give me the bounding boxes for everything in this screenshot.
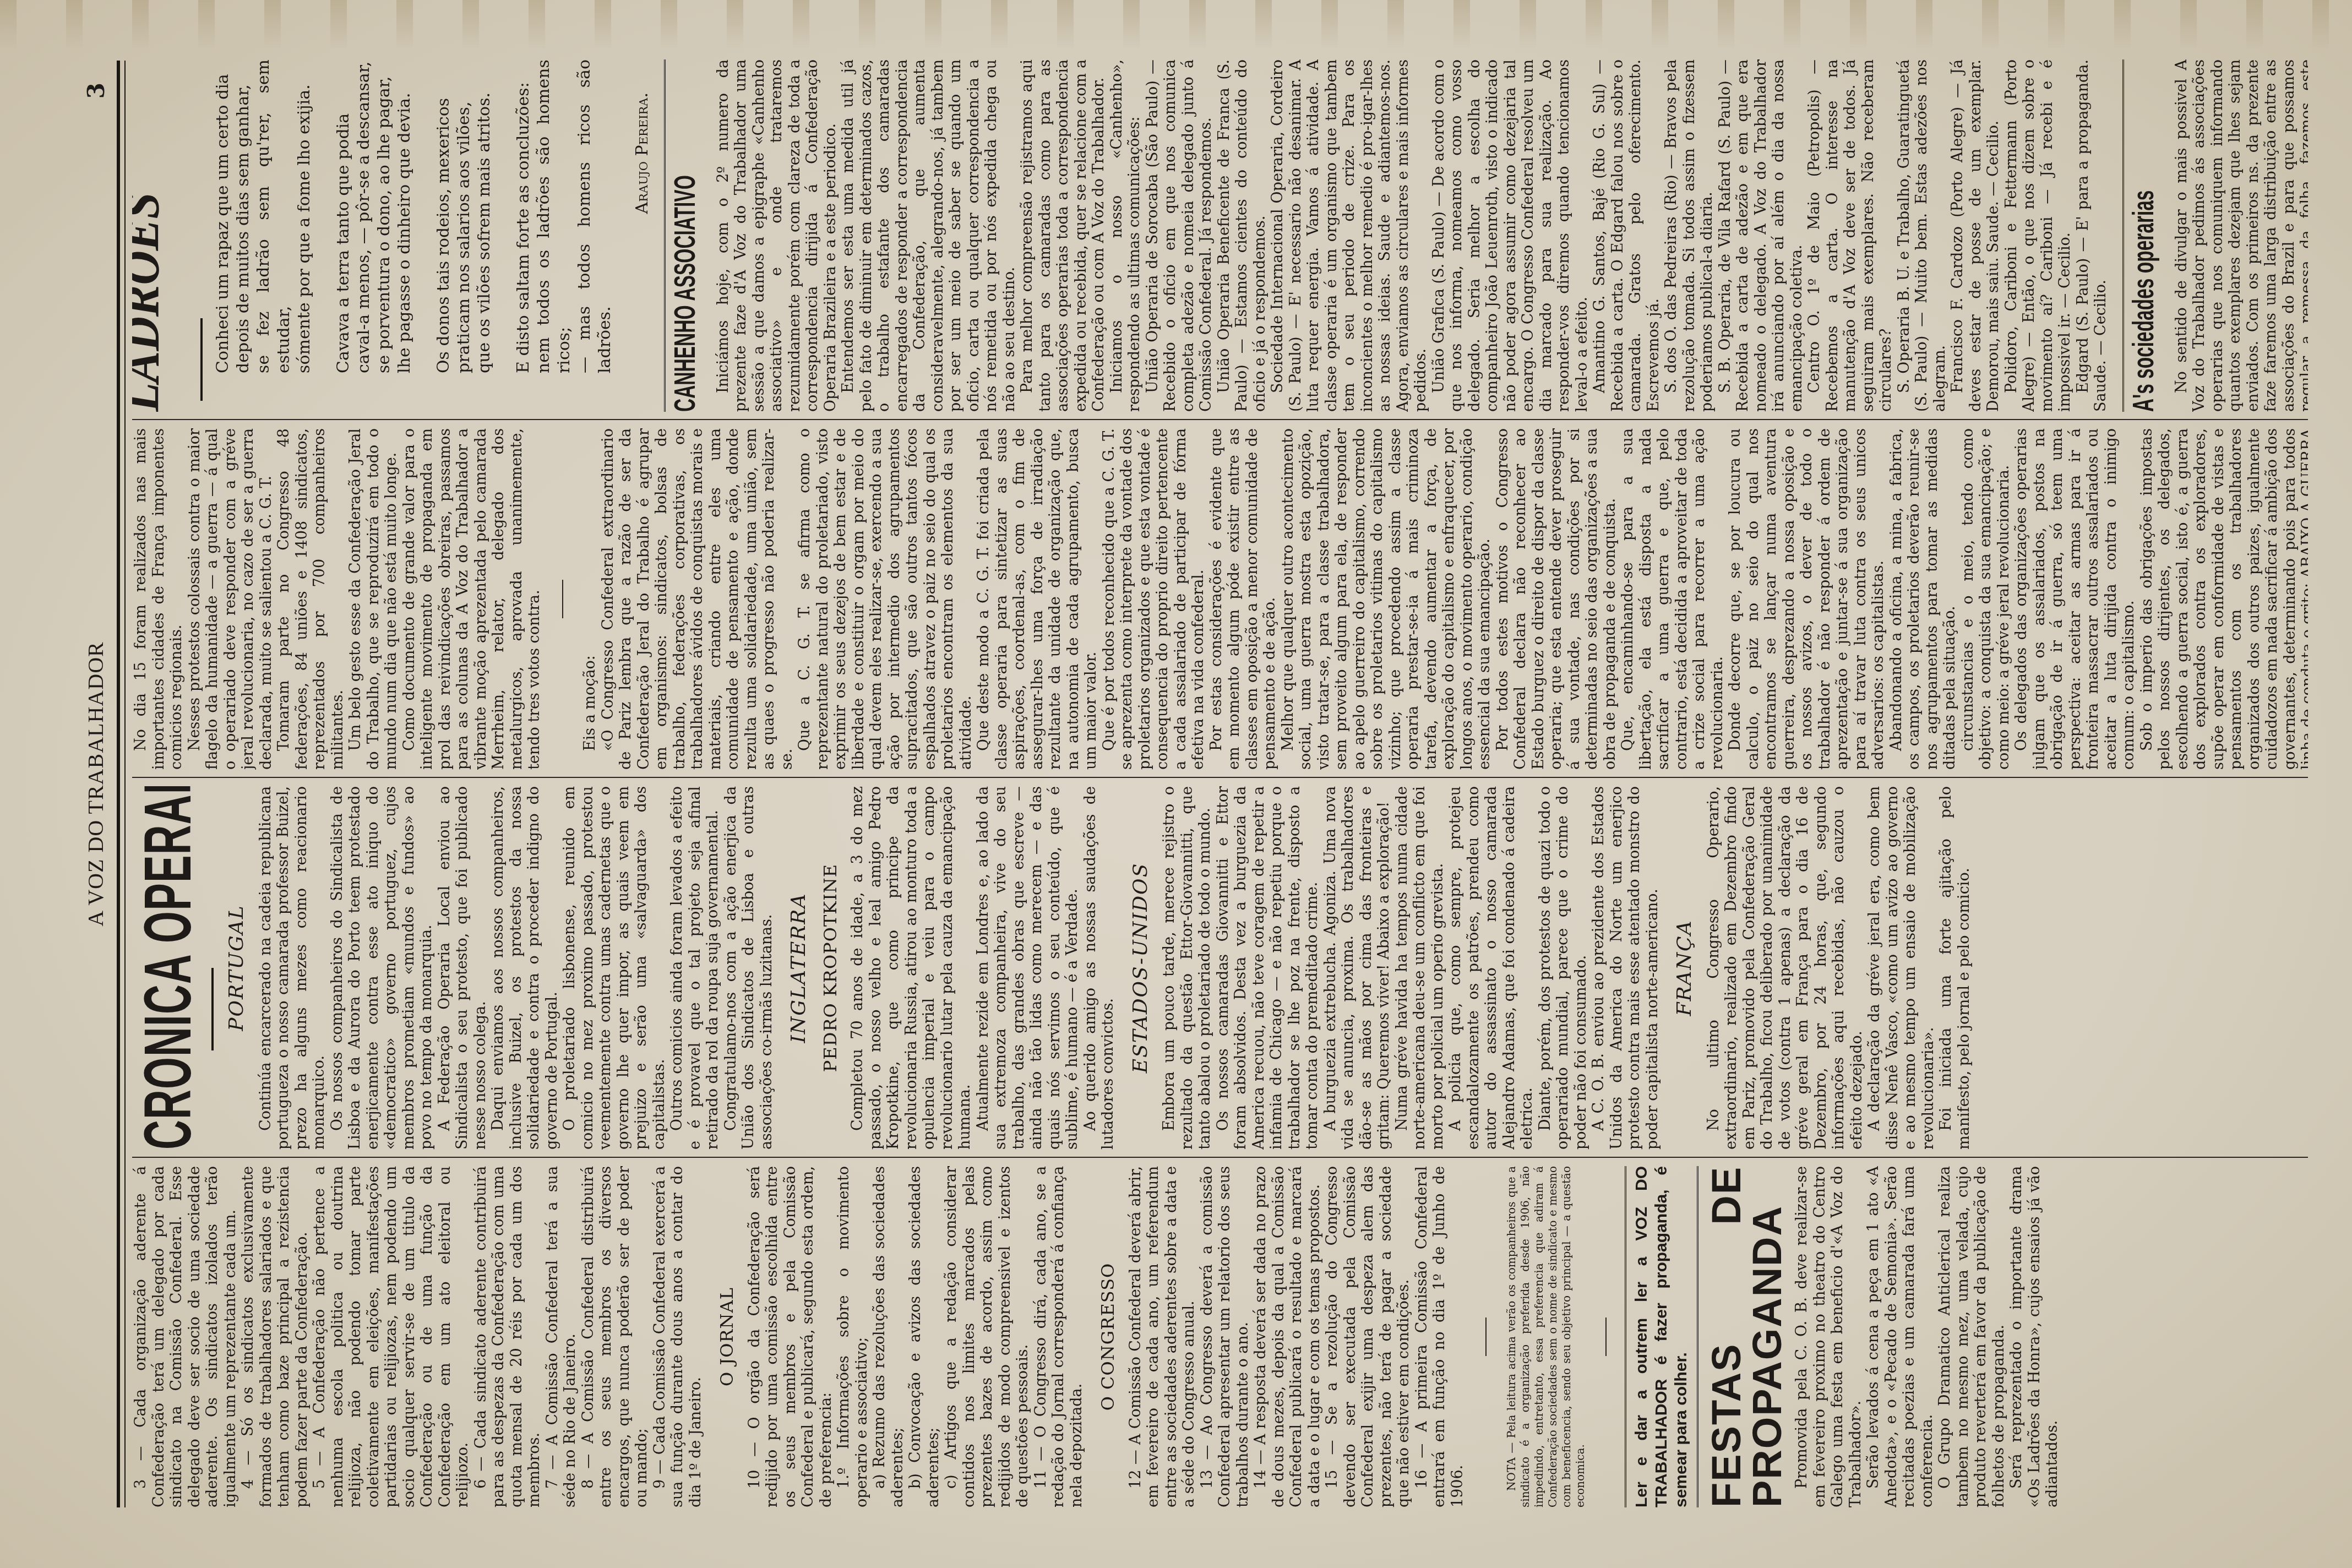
paragraph: No sentido de divulgar o mais possivel A…: [2173, 59, 2309, 412]
paragraph: Foi iniciada uma forte ajitação pelo man…: [1937, 786, 1973, 1150]
column-2: CRONICA OPERARIA PORTUGAL Continúa encar…: [132, 786, 2308, 1150]
paragraph: Como documento de grande valor para o in…: [401, 428, 544, 770]
poem-line: — mas todos homens ricos são ladrões.: [575, 59, 614, 373]
poem-line: se porventura o dono, ao lhe pagar,: [374, 77, 394, 373]
poem-author: Araujo Pereira.: [634, 92, 652, 412]
poem-line: que os vilões sofrem mais atritos.: [475, 92, 494, 373]
paragraph: 11 — O Congresso dirá, cada ano, se a re…: [1032, 1166, 1086, 1507]
section-heading-jornal: O JORNAL: [718, 1166, 736, 1507]
paragraph: Centro O. 1º de Maio (Petropolis) — Rece…: [1806, 59, 1896, 412]
paragraph: No dia 15 foram realizados nas mais impo…: [132, 428, 186, 770]
paragraph: Nesses protestos colossais contra o maio…: [186, 428, 276, 770]
paragraph: Promovida pela C. O. B. deve realizar-se…: [1793, 1166, 1865, 1507]
paragraph: União Operaria Beneficente de Franca (S.…: [1216, 59, 1270, 412]
paragraph: Que deste modo a C. G. T. foi criada pel…: [975, 428, 1101, 770]
section-rule: [664, 59, 667, 412]
paragraph: Que é por todos reconhecido que a C. G. …: [1101, 428, 1208, 770]
paragraph: Os nossos companheiros do Sindicalista d…: [329, 786, 436, 1150]
mocao-text: Que a C. G. T. se afirma como o reprezen…: [796, 428, 1959, 770]
paragraph: 6 — Cada sindicato aderente contribuirá …: [472, 1166, 544, 1507]
section-heading-franca: FRANÇA: [1676, 786, 1694, 1150]
paragraph: Para melhor compreensão rejistramos aqui…: [1019, 59, 1108, 412]
paragraph: Diante, porém, dos protestos de quazi to…: [1537, 786, 1591, 1150]
poem-line: lhe pagasse o dinheiro que devia.: [395, 92, 414, 373]
poem-stanza: Os donos tais rodeios, mexericospraticam…: [433, 59, 494, 373]
paragraph: Entendemos ser esta uma medida util já p…: [840, 59, 1019, 412]
paragraph: Continúa encarcerado na cadeia republica…: [257, 786, 329, 1150]
poem-line: E disto saltam forte as concluzões:: [514, 82, 533, 373]
poem-line: caval-a menos, — pôr-se a descansar,: [354, 62, 373, 373]
column-divider: [132, 777, 2308, 778]
newspaper-page: A VOZ DO TRABALHADOR 3 3 — Cada organiza…: [0, 0, 2352, 1568]
paragraph: Ao querido amigo as nossas saudações de …: [1082, 786, 1118, 1150]
poem-line: depois de muitos dias sem ganhar,: [233, 84, 253, 373]
mocao-intro: Eis a moção:«O Congresso Confederal extr…: [581, 428, 796, 770]
festas-articles: Promovida pela C. O. B. deve realizar-se…: [1793, 1166, 2062, 1507]
headline-cronica-operaria: CRONICA OPERARIA: [132, 924, 204, 1150]
section-heading-portugal: PORTUGAL: [228, 786, 246, 1150]
poem-line: Cavava a terra tanto que podia: [334, 113, 353, 373]
paragraph: 14 — A resposta deverá ser dada no prazo…: [1252, 1166, 1324, 1507]
paragraph: Tomaram parte no Congresso 48 federações…: [275, 428, 347, 770]
poem-title: LADRÕES: [132, 95, 150, 412]
separator: [1485, 1317, 1487, 1356]
paragraph: 1.º Informações sobre o movimento operar…: [835, 1166, 871, 1507]
paragraph: c) Artigos que a redação considerar cont…: [943, 1166, 1032, 1507]
masthead-rule-thick: [117, 61, 120, 1507]
paragraph: A Federação Operaria Local enviou ao Sin…: [436, 786, 490, 1150]
paragraph: Abandonando a oficina, a mina, a fabrica…: [1888, 428, 1959, 770]
paragraph: 12 — A Comissão Confederal deverá abrir,…: [1127, 1166, 1199, 1507]
poem-line: sómente por que a fome lho exijia.: [295, 84, 314, 373]
paragraph: Completou 70 anos de idade, a 3 do mez p…: [849, 786, 974, 1150]
paragraph: 3 — Cada organização aderente á Confeder…: [132, 1166, 239, 1507]
sociedades-articles: No sentido de divulgar o mais possivel A…: [2173, 59, 2309, 412]
inglaterra-articles: Completou 70 anos de idade, a 3 do mez p…: [849, 786, 1118, 1150]
paragraph: Os nossos camaradas Giovannitti e Ettor …: [1215, 786, 1322, 1150]
paragraph: 13 — Ao Congresso deverá a comissão Conf…: [1199, 1166, 1253, 1507]
poem-line: Conheci um rapaz que um certo dia: [213, 74, 232, 373]
paragraph: União Operaria de Sorocaba (São Paulo) —…: [1144, 59, 1216, 412]
paragraph: Embora um pouco tarde, merece rejistro o…: [1161, 786, 1215, 1150]
canhenho-entries: Iniciámos hoje, com o 2º numero da preze…: [715, 59, 2110, 412]
poem-stanza: Cavava a terra tanto que podiacaval-a me…: [333, 59, 415, 373]
poem-stanza: Conheci um rapaz que um certo diadepois …: [213, 59, 314, 373]
paragraph: Outros comicios ainda foram levados a ef…: [668, 786, 722, 1150]
section-heading-eua: ESTADOS-UNIDOS: [1132, 786, 1150, 1150]
paragraph: 10 — O orgão da Confederação será rediji…: [746, 1166, 836, 1507]
paragraph: O Grupo Dramatico Anticlerical realiza t…: [1936, 1166, 2008, 1507]
paragraph: Numa gréve havida ha tempos numa cidade …: [1393, 786, 1447, 1150]
paragraph: Polidoro, Cariboni e Fettermann (Porto A…: [2003, 59, 2075, 412]
paragraph: S. B. Operaria, de Vila Rafard (S. Paulo…: [1717, 59, 1806, 412]
paragraph: S. dos O. das Pedreiras (Rio) — Bravos p…: [1663, 59, 1717, 412]
franca-articles: No ultimo Congresso Operario, extraordin…: [1705, 786, 1974, 1150]
paragraph: Edgard (S. Paulo) — E' para a propaganda…: [2075, 59, 2110, 412]
paragraph: a) Rezumo das rezoluções das sociedades …: [871, 1166, 907, 1507]
poem-line: se fez ladrão sem qu'rer, sem estudar,: [254, 59, 293, 373]
paragraph: Iniciamos o nosso «Canhenho», respondend…: [1108, 59, 1144, 412]
paragraph: circunstancias e o meio, tendo como obje…: [1959, 428, 2013, 770]
poem-line: praticam nos salarios aos vilões,: [454, 101, 473, 373]
paragraph: No ultimo Congresso Operario, extraordin…: [1705, 786, 1866, 1150]
jornal-articles: 10 — O orgão da Confederação será rediji…: [746, 1166, 1086, 1507]
poem-line: nem todos os ladrões são homens ricos;: [534, 59, 574, 373]
paragraph: Por estas considerações é evidente que e…: [1208, 428, 1280, 770]
paragraph: Melhor que qualquer outro acontecimento …: [1280, 428, 1494, 770]
paragraph: Donde decorre que, se por loucura ou cal…: [1727, 428, 1888, 770]
paragraph: O proletariado lisbonense, reunido em co…: [561, 786, 668, 1150]
column-divider: [132, 419, 2308, 420]
paragraph: Que a C. G. T. se afirma como o reprezen…: [796, 428, 975, 770]
portugal-articles: Continúa encarcerado na cadeia republica…: [257, 786, 776, 1150]
column-divider: [132, 1157, 2308, 1158]
column-3: No dia 15 foram realizados nas mais impo…: [132, 428, 2308, 770]
paragraph: A burguezia extrebucha. Agoniza. Uma nov…: [1322, 786, 1393, 1150]
paragraph: 9 — Cada Comissão Confederal exercerá a …: [651, 1166, 705, 1507]
poem-line: Os donos tais rodeios, mexericos: [434, 98, 453, 373]
paragraph: 15 — Se a rezolução do Congresso devendo…: [1324, 1166, 1413, 1507]
headline-underline: [211, 968, 214, 1050]
section-rule: [2122, 59, 2126, 412]
section-heading-congresso: O CONGRESSO: [1099, 1166, 1117, 1507]
paragraph: Iniciámos hoje, com o 2º numero da preze…: [715, 59, 840, 412]
paragraph: Um belo gesto esse da Confederação Jeral…: [347, 428, 401, 770]
paragraph: Serão levados á cena a peça em 1 ato «A …: [1865, 1166, 1936, 1507]
paragraph: 16 — A primeira Comissão Confederal entr…: [1413, 1166, 1467, 1507]
paragraph: Sociedade Internacional Operaria, Cordei…: [1269, 59, 1430, 412]
paragraph: União Grafica (S. Paulo) — De acordo com…: [1430, 59, 1592, 412]
paragraph: A declaração da gréve jeral era, como be…: [1866, 786, 1937, 1150]
paragraph: A C. O. B. enviou ao prezidente dos Esta…: [1590, 786, 1662, 1150]
column-1: 3 — Cada organização aderente á Confeder…: [132, 1166, 2308, 1507]
paragraph: «O Congresso Confederal extraordinario d…: [600, 428, 797, 770]
paragraph: 4 — Só os sindicatos exclusivamente form…: [239, 1166, 311, 1507]
separator: [1605, 1317, 1607, 1356]
section-heading-inglaterra: INGLATERRA: [790, 786, 808, 1150]
paragraph: Sob o imperio das obrigações impostas pe…: [2138, 428, 2309, 770]
poem-title-underline: [200, 318, 203, 401]
paragraph: S. Operaria B. U. e Trabalho, Guaratingu…: [1896, 59, 1950, 412]
newspaper-title: A VOZ DO TRABALHADOR: [83, 61, 108, 1507]
canhenho-title: CANHENHO ASSOCIATIVO: [676, 193, 694, 412]
paragraph: 5 — A Confederação não pertence a nenhum…: [311, 1166, 472, 1507]
paragraph: Por todos estes motivos o Congresso Conf…: [1494, 428, 1620, 770]
paragraph: Será reprezentado o importante drama «Os…: [2008, 1166, 2062, 1507]
statutes-articles: 3 — Cada organização aderente á Confeder…: [132, 1166, 705, 1507]
paragraph: Que, encaminhando-se para a sua libertaç…: [1619, 428, 1727, 770]
paragraph: Os delegados das organizações operarias …: [2013, 428, 2138, 770]
paragraph: 8 — A Comissão Confederal distribuirá en…: [580, 1166, 651, 1507]
page-number: 3: [83, 83, 110, 99]
column-4: LADRÕES Conheci um rapaz que um certo di…: [132, 59, 2308, 412]
masthead-rule-thin: [124, 61, 126, 1507]
paragraph: Eis a moção:: [581, 428, 600, 770]
paragraph: Francisco F. Cardozo (Porto Alegre) — Já…: [1949, 59, 2003, 412]
paragraph: A policia que, como sempre, protejeu esc…: [1447, 786, 1537, 1150]
poem-stanza: E disto saltam forte as concluzões:nem t…: [513, 59, 615, 373]
paragraph: Amantino G. Santos, Bajé (Rio G. Sul) — …: [1591, 59, 1663, 412]
sociedades-title: A's sociedades operarias: [2135, 193, 2153, 412]
paragraph: b) Convocação e avizos das sociedades ad…: [907, 1166, 943, 1507]
franca-continued: circunstancias e o meio, tendo como obje…: [1959, 428, 2309, 770]
paragraph: Daqui enviamos aos nossos companheiros, …: [489, 786, 561, 1150]
subheading-kropotkine: PEDRO KROPOTKINE: [821, 786, 840, 1150]
nota-text: NOTA — Pela leitura acima verão os compa…: [1505, 1166, 1587, 1507]
congresso-articles: 12 — A Comissão Confederal deverá abrir,…: [1127, 1166, 1467, 1507]
eua-articles: Embora um pouco tarde, merece rejistro o…: [1161, 786, 1662, 1150]
poem-ladroes: Conheci um rapaz que um certo diadepois …: [213, 59, 615, 412]
festas-headline: FESTAS DE PROPAGANDA: [1706, 1166, 1788, 1507]
separator: [562, 580, 563, 618]
paragraph: Congratulamo-nos com a ação enerjica da …: [722, 786, 776, 1150]
paragraph: Atualmente rezide em Londres e, ao lado …: [974, 786, 1082, 1150]
paragraph: 7 — A Comissão Confederal terá a sua séd…: [544, 1166, 580, 1507]
franca-lead: No dia 15 foram realizados nas mais impo…: [132, 428, 544, 770]
masthead: A VOZ DO TRABALHADOR 3: [83, 61, 116, 1507]
propaganda-box: Ler e dar a outrem ler a VOZ DO TRABALHA…: [1625, 1166, 1698, 1507]
